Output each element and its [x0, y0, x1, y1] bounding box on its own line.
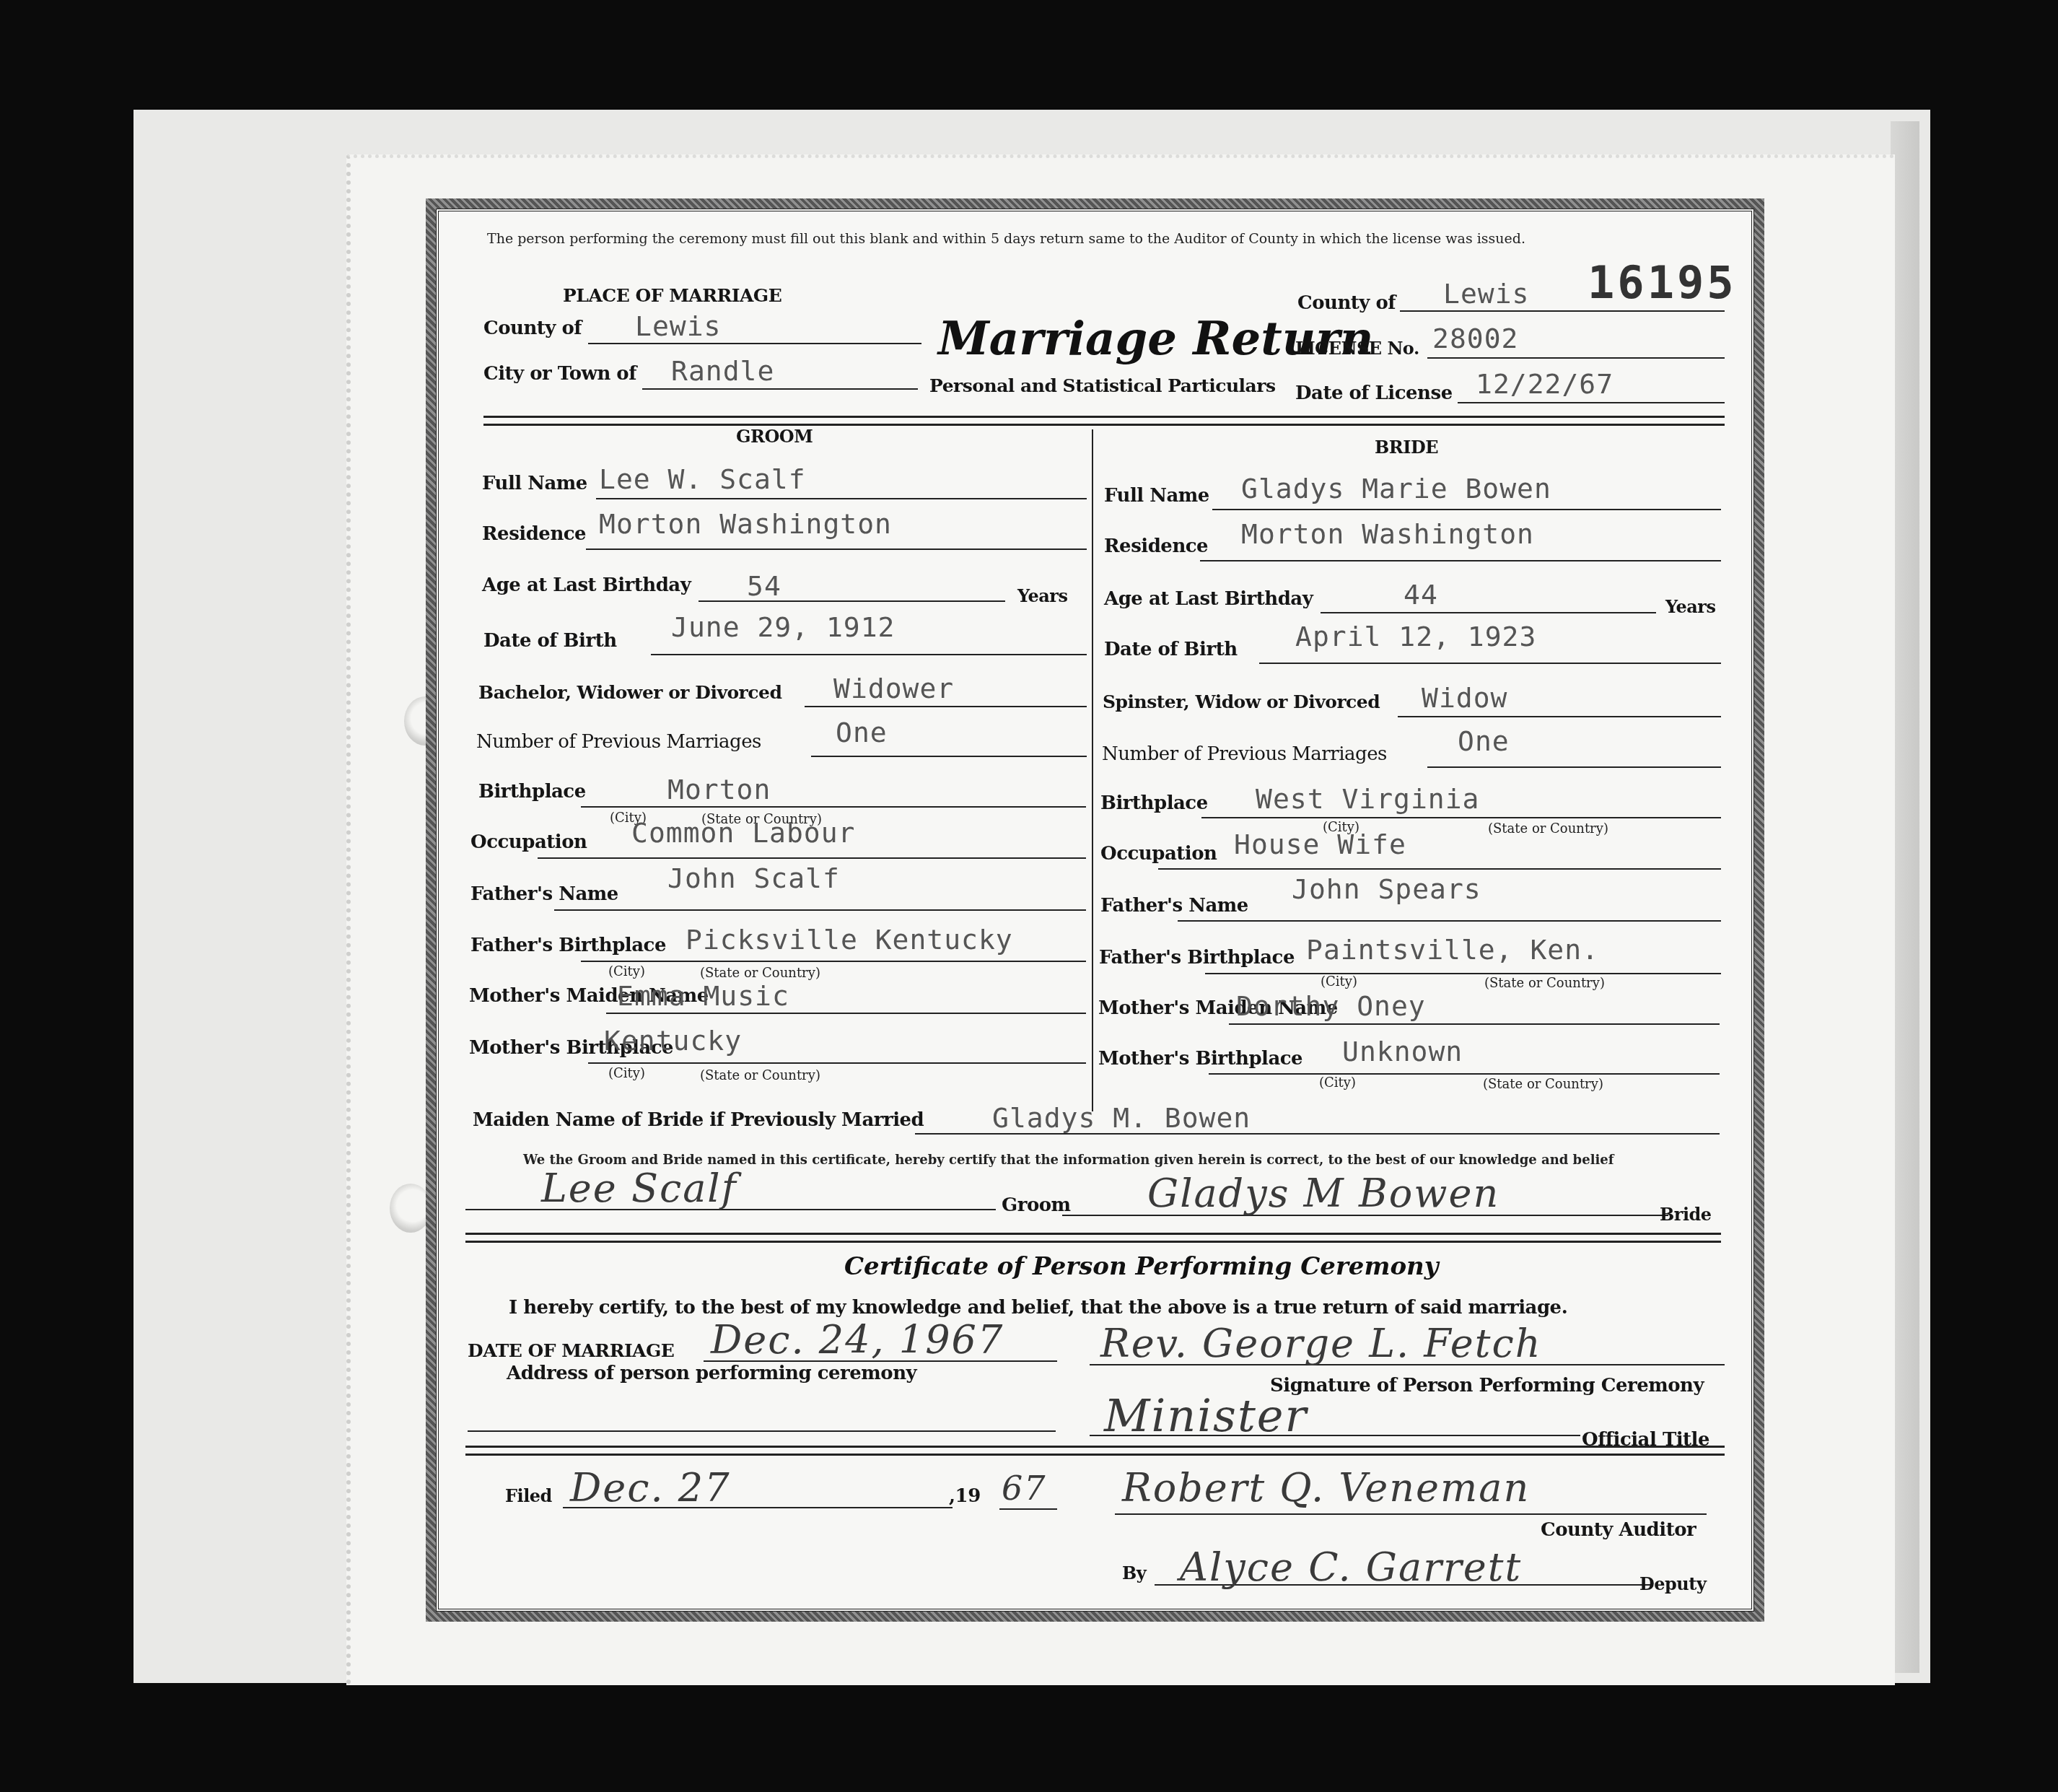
- groom-residence: Morton Washington: [599, 508, 892, 540]
- officiant-signature-label: Signature of Person Performing Ceremony: [1270, 1375, 1704, 1397]
- certification-divider: [465, 1233, 1721, 1243]
- groom-years-label: Years: [1017, 585, 1068, 606]
- state-sublabel: (State or Country): [1488, 821, 1608, 836]
- license-date-value: 12/22/67: [1476, 368, 1613, 400]
- marriage-county-value: Lewis: [635, 310, 721, 342]
- place-of-marriage-heading: PLACE OF MARRIAGE: [563, 285, 781, 306]
- groom-father-birthplace: Picksville Kentucky: [686, 924, 1013, 956]
- bride-father-name: John Spears: [1292, 873, 1481, 905]
- groom-mother-birthplace: Kentucky: [604, 1025, 742, 1057]
- backing-edge-shadow: [1891, 121, 1919, 1673]
- bride-status-label: Spinster, Widow or Divorced: [1103, 691, 1380, 712]
- groom-occupation-label: Occupation: [470, 831, 587, 853]
- by-label: By: [1122, 1562, 1146, 1583]
- maiden-name-label: Maiden Name of Bride if Previously Marri…: [473, 1109, 924, 1131]
- license-number-value: 28002: [1432, 323, 1518, 354]
- bride-signature-label: Bride: [1660, 1204, 1712, 1225]
- groom-father-name-label: Father's Name: [470, 883, 618, 905]
- ceremony-heading: Certificate of Person Performing Ceremon…: [844, 1252, 1439, 1281]
- bride-years-label: Years: [1665, 596, 1716, 617]
- bride-father-birthplace: Paintsville, Ken.: [1306, 934, 1599, 966]
- bride-father-birthplace-label: Father's Birthplace: [1099, 947, 1295, 969]
- bride-dob-label: Date of Birth: [1104, 639, 1238, 660]
- groom-birthplace-label: Birthplace: [478, 781, 586, 803]
- city-sublabel: (City): [1319, 1075, 1356, 1091]
- auditor-signature: Robert Q. Veneman: [1122, 1465, 1530, 1511]
- filed-label: Filed: [505, 1485, 552, 1506]
- bride-mother-birthplace: Unknown: [1342, 1036, 1463, 1067]
- groom-signature-label: Groom: [1002, 1194, 1071, 1216]
- filed-year-prefix: ,19: [949, 1485, 981, 1507]
- officiant-address-label: Address of person performing ceremony: [507, 1363, 916, 1384]
- officiant-signature: Rev. George L. Fetch: [1100, 1321, 1542, 1366]
- bride-residence-label: Residence: [1104, 536, 1208, 557]
- deputy-signature: Alyce C. Garrett: [1180, 1544, 1522, 1590]
- column-divider: [1092, 429, 1093, 1111]
- city-label: City or Town of: [483, 363, 636, 385]
- marriage-date-value: Dec. 24, 1967: [711, 1317, 1004, 1363]
- bride-status: Widow: [1422, 682, 1507, 714]
- official-title-value: Minister: [1104, 1389, 1308, 1442]
- bride-father-name-label: Father's Name: [1100, 895, 1248, 917]
- deputy-label: Deputy: [1639, 1573, 1706, 1594]
- record-number-stamp: 16195: [1588, 256, 1737, 309]
- bride-mother-birthplace-label: Mother's Birthplace: [1098, 1048, 1302, 1070]
- bride-full-name: Gladys Marie Bowen: [1241, 473, 1551, 504]
- bride-dob: April 12, 1923: [1295, 621, 1536, 652]
- state-sublabel: (State or Country): [1483, 1077, 1603, 1092]
- groom-occupation: Common Labour: [631, 817, 855, 849]
- groom-birthplace: Morton: [667, 774, 771, 805]
- form-instruction: The person performing the ceremony must …: [487, 231, 1525, 247]
- ceremony-text: I hereby certify, to the best of my know…: [509, 1297, 1567, 1319]
- filed-year-value: 67: [1002, 1469, 1047, 1508]
- city-sublabel: (City): [1321, 974, 1357, 989]
- bride-age: 44: [1404, 579, 1438, 611]
- bride-prev-marriages: One: [1458, 725, 1510, 757]
- license-county-value: Lewis: [1443, 278, 1529, 310]
- bride-signature: Gladys M Bowen: [1147, 1171, 1499, 1216]
- state-sublabel: (State or Country): [1484, 976, 1605, 991]
- groom-residence-label: Residence: [482, 523, 586, 545]
- city-sublabel: (City): [608, 1066, 645, 1081]
- groom-status: Widower: [833, 673, 954, 704]
- maiden-name-value: Gladys M. Bowen: [992, 1102, 1251, 1134]
- groom-father-name: John Scalf: [667, 862, 840, 894]
- license-number-label: LICENSE No.: [1295, 338, 1419, 359]
- groom-status-label: Bachelor, Widower or Divorced: [478, 682, 781, 703]
- bride-residence: Morton Washington: [1241, 518, 1534, 550]
- bride-age-label: Age at Last Birthday: [1104, 588, 1313, 610]
- bride-mother-maiden: Dorthy Oney: [1236, 990, 1426, 1022]
- bride-full-name-label: Full Name: [1104, 485, 1209, 507]
- marriage-city-value: Randle: [671, 355, 774, 387]
- groom-mother-maiden: Emma Music: [617, 980, 789, 1012]
- form-subtitle: Personal and Statistical Particulars: [929, 375, 1276, 396]
- groom-full-name-label: Full Name: [482, 473, 587, 494]
- header-divider: [483, 416, 1725, 426]
- groom-dob-label: Date of Birth: [483, 630, 617, 652]
- groom-father-birthplace-label: Father's Birthplace: [470, 935, 666, 956]
- state-sublabel: (State or Country): [700, 966, 820, 981]
- marriage-date-label: DATE OF MARRIAGE: [468, 1340, 674, 1361]
- groom-dob: June 29, 1912: [671, 611, 895, 643]
- groom-signature: Lee Scalf: [541, 1166, 737, 1211]
- county-label: County of: [483, 318, 582, 339]
- groom-heading: GROOM: [736, 426, 813, 447]
- groom-age: 54: [747, 570, 781, 602]
- ceremony-divider: [465, 1446, 1725, 1456]
- groom-prev-marriages-label: Number of Previous Marriages: [476, 731, 761, 753]
- city-sublabel: (City): [608, 964, 645, 979]
- state-sublabel: (State or Country): [700, 1068, 820, 1083]
- auditor-label: County Auditor: [1541, 1519, 1696, 1541]
- bride-occupation-label: Occupation: [1100, 843, 1217, 865]
- license-county-label: County of: [1297, 292, 1396, 314]
- groom-prev-marriages: One: [836, 717, 888, 748]
- bride-birthplace: West Virginia: [1256, 783, 1479, 815]
- filed-date-value: Dec. 27: [570, 1465, 731, 1511]
- groom-full-name: Lee W. Scalf: [599, 463, 806, 495]
- bride-occupation: House Wife: [1234, 829, 1406, 860]
- bride-prev-marriages-label: Number of Previous Marriages: [1102, 743, 1387, 765]
- bride-birthplace-label: Birthplace: [1100, 792, 1208, 814]
- groom-age-label: Age at Last Birthday: [482, 574, 691, 596]
- license-date-label: Date of License: [1295, 383, 1453, 404]
- bride-heading: BRIDE: [1375, 437, 1438, 458]
